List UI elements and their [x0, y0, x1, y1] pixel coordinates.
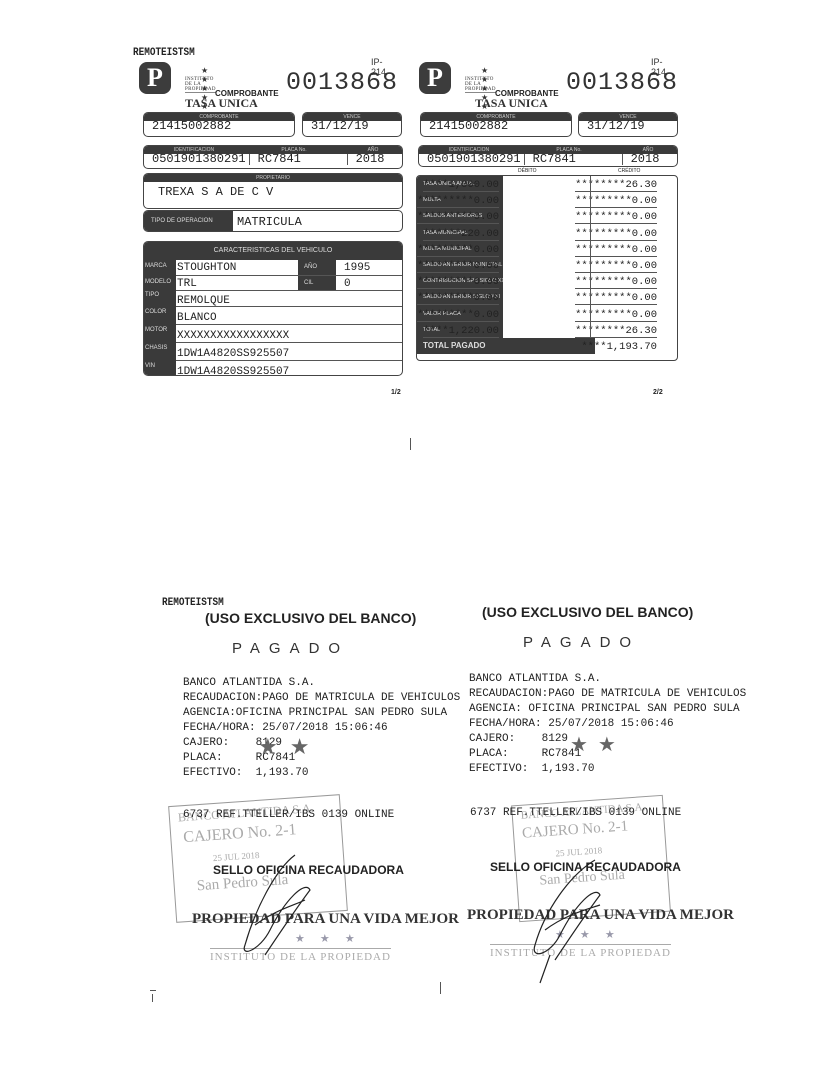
- institution-logo: P: [419, 62, 451, 94]
- charge-row: TASA MUNICIPAL******220.00*********0.00: [417, 225, 677, 241]
- vence-field: VENCE 31/12/19: [578, 112, 678, 137]
- tipo-operacion-field: TIPO DE OPERACION MATRICULA: [143, 210, 403, 232]
- propietario-field: PROPIETARIO TREXA S A DE C V: [143, 173, 403, 209]
- debito-value: ****1,000.00: [423, 179, 499, 192]
- credito-value: ********26.30: [575, 179, 657, 192]
- comprobante-field: COMPROBANTE 21415002882: [143, 112, 295, 137]
- signature: [235, 850, 315, 960]
- total-pagado-value: ****1,193.70: [581, 341, 657, 353]
- credito-value: *********0.00: [575, 309, 657, 322]
- bank-receipt-lines: BANCO ATLANTIDA S.A. RECAUDACION:PAGO DE…: [183, 676, 460, 781]
- page-number: 2/2: [653, 389, 663, 396]
- scan-mark: [440, 982, 441, 994]
- vehicle-section-title: CARACTERISTICAS DEL VEHICULO: [144, 242, 402, 260]
- folio-number: 0013868: [566, 68, 678, 97]
- reference-line: 6737 REF.TTELLER/IBS 0139 ONLINE: [470, 806, 681, 821]
- credito-value: *********0.00: [575, 292, 657, 305]
- debito-header: DÉBITO: [518, 168, 537, 174]
- anio-value: 2018: [348, 154, 402, 165]
- modelo-row: MODELO TRL CIL 0: [176, 276, 402, 291]
- credito-value: *********0.00: [575, 211, 657, 224]
- credito-header: CRÉDITO: [618, 168, 640, 174]
- debito-value: ******220.00: [423, 228, 499, 241]
- charge-row: TOTAL****1,220.00********26.30: [417, 322, 677, 338]
- scan-header: REMOTEISTSM: [133, 47, 195, 59]
- reference-line: 6737 REF.TTELLER/IBS 0139 ONLINE: [183, 808, 394, 823]
- identification-row: IDENTIFICACION PLACA No. AÑO 05019013802…: [418, 145, 678, 167]
- chasis-row: CHASIS 1DW1A4820SS925507: [176, 343, 402, 361]
- debito-value: *********0.00: [417, 260, 499, 273]
- tipo-operacion-value: MATRICULA: [233, 211, 302, 231]
- marca-row: MARCA STOUGHTON AÑO 1995: [176, 260, 402, 276]
- scan-mark: [152, 994, 153, 1002]
- debito-value: *********0.00: [417, 211, 499, 224]
- institution-name: INSTITUTO DE LA PROPIEDAD: [465, 77, 496, 93]
- credito-value: *********0.00: [575, 195, 657, 208]
- bank-use-title: (USO EXCLUSIVO DEL BANCO): [482, 604, 693, 620]
- color-row: COLOR BLANCO: [176, 307, 402, 325]
- credito-value: *********0.00: [575, 260, 657, 273]
- charge-row: MULTA*********0.00*********0.00: [417, 192, 677, 208]
- folio-number: 0013868: [286, 68, 398, 97]
- total-pagado-row: TOTAL PAGADO****1,193.70: [417, 338, 677, 354]
- signature: [520, 855, 610, 985]
- paid-status: PAGADO: [523, 634, 640, 651]
- scan-header: REMOTEISTSM: [162, 597, 224, 609]
- bank-receipt-lines: BANCO ATLANTIDA S.A. RECAUDACION:PAGO DE…: [469, 672, 746, 777]
- propietario-value: TREXA S A DE C V: [144, 182, 402, 198]
- credito-value: *********0.00: [575, 244, 657, 257]
- credito-value: ********26.30: [575, 325, 657, 338]
- debito-value: *********0.00: [417, 244, 499, 257]
- institution-logo: P: [139, 62, 171, 94]
- vin-row: VIN 1DW1A4820SS925507: [176, 361, 402, 376]
- slogan: PROPIEDAD PARA UNA VIDA MEJOR: [192, 911, 459, 928]
- debito-value: *********0.00: [417, 292, 499, 305]
- identification-row: IDENTIFICACION PLACA No. AÑO 05019013802…: [143, 145, 403, 169]
- institution-name: INSTITUTO DE LA PROPIEDAD: [185, 77, 216, 93]
- stars-icon: ★★: [570, 732, 626, 757]
- charge-row: CONTRIBUCION SPS SIGLO XXI*********0.00*…: [417, 273, 677, 289]
- charges-table: TASA ÚNICA ANUAL****1,000.00********26.3…: [416, 175, 678, 361]
- paid-status: PAGADO: [232, 640, 349, 657]
- debito-value: *********0.00: [417, 195, 499, 208]
- scan-mark: [150, 990, 156, 991]
- charge-row: SALDO ANTERIOR SIGLO XXI*********0.00***…: [417, 289, 677, 305]
- debito-value: *********0.00: [417, 276, 499, 289]
- vence-field: VENCE 31/12/19: [302, 112, 402, 137]
- bank-use-title: (USO EXCLUSIVO DEL BANCO): [205, 610, 416, 626]
- credito-value: *********0.00: [575, 228, 657, 241]
- page-number: 1/2: [391, 389, 401, 396]
- placa-value: RC7841: [250, 154, 348, 165]
- identificacion-value: 0501901380291: [144, 154, 250, 165]
- debito-value: *********0.00: [417, 309, 499, 322]
- motor-row: MOTOR XXXXXXXXXXXXXXXXX: [176, 325, 402, 343]
- charge-row: SALDOS ANTERIORES*********0.00*********0…: [417, 208, 677, 224]
- credito-value: *********0.00: [575, 276, 657, 289]
- charge-row: TASA ÚNICA ANUAL****1,000.00********26.3…: [417, 176, 677, 192]
- comprobante-field: COMPROBANTE 21415002882: [420, 112, 572, 137]
- tipo-row: TIPO REMOLQUE: [176, 291, 402, 307]
- vehicle-characteristics: CARACTERISTICAS DEL VEHICULO MARCA STOUG…: [143, 241, 403, 376]
- charge-row: MULTA MUNICIPAL*********0.00*********0.0…: [417, 241, 677, 257]
- charge-row: SALDO ANTERIOR MUNICIPAL*********0.00***…: [417, 257, 677, 273]
- scan-mark: [410, 438, 411, 450]
- total-pagado-label: TOTAL PAGADO: [417, 338, 595, 354]
- charge-row: VALOR PLACA*********0.00*********0.00: [417, 306, 677, 322]
- debito-value: ****1,220.00: [423, 325, 499, 338]
- stars-icon: ★★: [258, 734, 321, 760]
